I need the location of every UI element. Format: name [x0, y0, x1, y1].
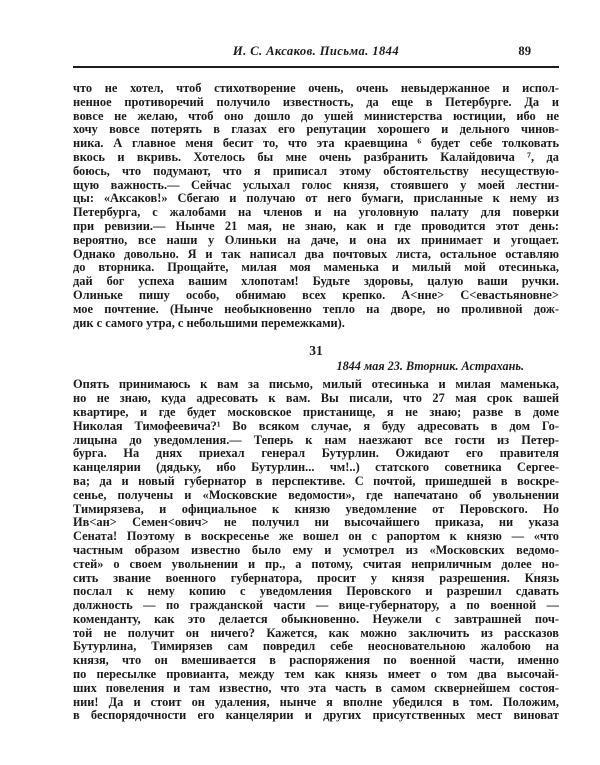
text-line: вовсе не желаю, чтоб оно дошло до ушей м… — [73, 110, 559, 124]
text-line: нии! Да и стоит он удаления, нынче я впо… — [73, 696, 559, 710]
text-line: Бутурлина, Тимирязев сам повредил себе н… — [73, 640, 559, 654]
text-line: Тимирязева, и официальное к князю уведом… — [73, 503, 559, 517]
text-line: ника. А главное меня бесит то, что эта к… — [73, 137, 559, 151]
text-line: мое почтение. (Нынче необыкновенно тепло… — [73, 303, 559, 317]
text-line: вкось и вкривь. Хотелось бы мне очень ра… — [73, 151, 559, 165]
text-block: И. С. Аксаков. Письма. 1844 89 что не хо… — [73, 0, 559, 723]
text-line: послал к нему копию с уведомления Перовс… — [73, 585, 559, 599]
header-rule — [73, 66, 559, 68]
text-line: хочу вовсе потерять в глазах его репутац… — [73, 123, 559, 137]
text-line: но не знаю, куда адресовать к вам. Вы пи… — [73, 392, 559, 406]
book-page: И. С. Аксаков. Письма. 1844 89 что не хо… — [0, 0, 600, 765]
letter-dateline: 1844 мая 23. Вторник. Астрахань. — [73, 359, 559, 374]
text-line: сить звание военного губернатора, просит… — [73, 572, 559, 586]
text-line: стей» о своем увольнении и пр., а потому… — [73, 558, 559, 572]
letter-number-heading: 31 — [73, 343, 559, 358]
text-line: князя, что он вмешивается в распоряжения… — [73, 654, 559, 668]
text-line: дай бог успеха вашим хлопотам! Будьте зд… — [73, 275, 559, 289]
text-line: ненное противоречий получило известность… — [73, 96, 559, 110]
text-line: лицына до уведомления.— Теперь к нам нае… — [73, 434, 559, 448]
page-number: 89 — [518, 44, 531, 59]
text-line: вероятно, все наши у Олиньки на даче, и … — [73, 234, 559, 248]
text-line: ших повеления и там известно, что эта ча… — [73, 682, 559, 696]
running-header: И. С. Аксаков. Письма. 1844 89 — [73, 44, 559, 62]
text-line: частным образом известно было ему и усмо… — [73, 544, 559, 558]
text-line: Николая Тимофеевича?¹ Во всяком случае, … — [73, 420, 559, 434]
text-line: цы: «Аксаков!» Сбегаю и получаю от него … — [73, 192, 559, 206]
text-line: в беспорядочности его канцелярии и други… — [73, 709, 559, 723]
text-line: Однако довольно. Я и так написал два поч… — [73, 248, 559, 262]
text-line: той не получит он ничего? Кажется, как м… — [73, 627, 559, 641]
text-line: что не хотел, чтоб стихотворение очень, … — [73, 82, 559, 96]
text-line: до вторника. Прощайте, милая моя маменьк… — [73, 261, 559, 275]
text-line: боюсь, что подумают, что я приписал этом… — [73, 165, 559, 179]
text-line: квартире, и где будет московское пристан… — [73, 406, 559, 420]
text-line: должность — по гражданской части — вице-… — [73, 599, 559, 613]
text-line: по пересылке провианта, между тем как кн… — [73, 668, 559, 682]
letter-continuation-text: что не хотел, чтоб стихотворение очень, … — [73, 82, 559, 330]
text-line: бурга. На днях приехал генерал Бутурлин.… — [73, 447, 559, 461]
text-line: сенье, получены и «Московские ведомости»… — [73, 489, 559, 503]
text-line: Ив<ан> Семен<ович> не получил ни высочай… — [73, 516, 559, 530]
text-line: дик с самого утра, с небольшими перемежк… — [73, 317, 559, 331]
text-line: при ревизии.— Нынче 21 мая, не знаю, как… — [73, 220, 559, 234]
text-line: коменданту, как это делается обыкновенно… — [73, 613, 559, 627]
text-line: Петербурга, с жалобами на членов и на уг… — [73, 206, 559, 220]
text-line: Опять принимаюсь к вам за письмо, милый … — [73, 378, 559, 392]
text-line: канцелярии (дядьку, ибо Бутурлин... чм!.… — [73, 461, 559, 475]
text-line: Олиньке пишу особо, обнимаю всех крепко.… — [73, 289, 559, 303]
text-line: Сената! Поэтому в воскресенье же вошел о… — [73, 530, 559, 544]
running-title: И. С. Аксаков. Письма. 1844 — [73, 44, 559, 59]
text-line: щую важность.— Сейчас услыхал голос княз… — [73, 179, 559, 193]
text-line: ва; да и новый губернатор в перспективе.… — [73, 475, 559, 489]
letter-body-text: Опять принимаюсь к вам за письмо, милый … — [73, 378, 559, 723]
